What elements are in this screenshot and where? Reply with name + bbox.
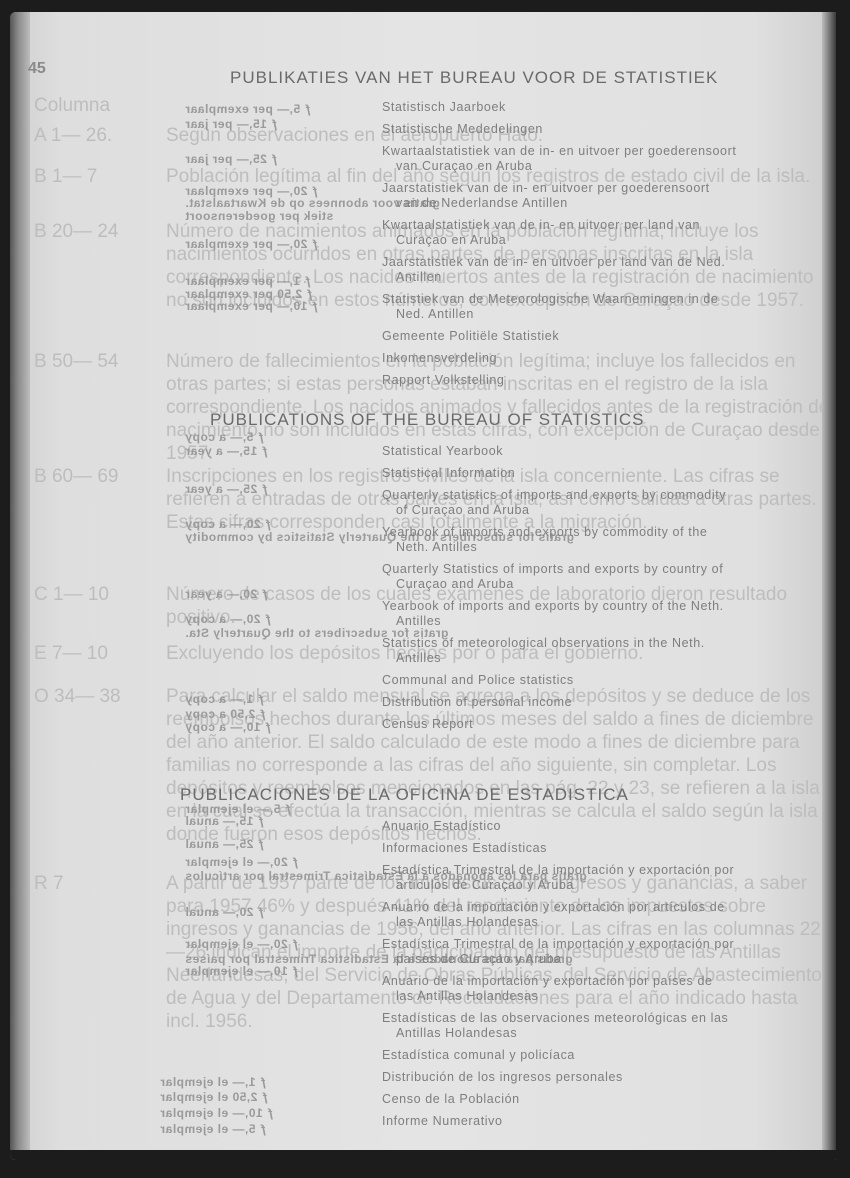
publication-name: Statistics of meteorological observation… xyxy=(382,636,705,650)
publication-name: Yearbook of imports and exports by commo… xyxy=(382,525,707,539)
publication-item: Inkomensverdeling xyxy=(382,351,497,366)
page-right-edge xyxy=(822,12,836,1160)
publication-item: Estadística comunal y policíaca xyxy=(382,1048,575,1063)
publication-item: Anuario de la importación y exportación … xyxy=(382,974,713,1004)
publication-section-title: PUBLICACIONES DE LA OFICINA DE ESTADISTI… xyxy=(180,785,629,805)
publication-name: Distribution of personal income xyxy=(382,695,572,709)
publication-item: Distribution of personal income xyxy=(382,695,572,710)
publication-item: Kwartaalstatistiek van de in- en uitvoer… xyxy=(382,218,700,248)
publication-section-title: PUBLICATIONS OF THE BUREAU OF STATISTICS xyxy=(210,410,645,430)
publication-item: Distribución de los ingresos personales xyxy=(382,1070,623,1085)
publication-name: Quarterly Statistics of imports and expo… xyxy=(382,562,723,576)
publication-item: Statistics of meteorological observation… xyxy=(382,636,705,666)
publication-item: Statistical Information xyxy=(382,466,515,481)
publication-name: Statistisch Jaarboek xyxy=(382,100,506,114)
publication-section-title: PUBLIKATIES VAN HET BUREAU VOOR DE STATI… xyxy=(230,68,718,88)
publication-item: Jaarstatistiek van de in- en uitvoer per… xyxy=(382,255,725,285)
publication-name: Yearbook of imports and exports by count… xyxy=(382,599,724,613)
publication-name: Informe Numerativo xyxy=(382,1114,503,1128)
publication-name: Censo de la Población xyxy=(382,1092,520,1106)
publication-name: Anuario de la importación y exportación … xyxy=(382,900,725,914)
publication-item: Kwartaalstatistiek van de in- en uitvoer… xyxy=(382,144,736,174)
publication-name: Estadística Trimestral de la importación… xyxy=(382,863,734,877)
scanned-page: Columna A 1— 26.Según observaciones en e… xyxy=(10,12,836,1160)
publication-name: Informaciones Estadísticas xyxy=(382,841,547,855)
publication-name: Kwartaalstatistiek van de in- en uitvoer… xyxy=(382,144,736,158)
publication-name: Jaarstatistiek van de in- en uitvoer per… xyxy=(382,181,710,195)
publication-item: Communal and Police statistics xyxy=(382,673,574,688)
publication-item: Quarterly Statistics of imports and expo… xyxy=(382,562,723,592)
publication-lists: 45 PUBLIKATIES VAN HET BUREAU VOOR DE ST… xyxy=(10,12,836,1160)
publication-name: Statistiek van de Meteorologische Waarne… xyxy=(382,292,718,306)
publication-name: Estadística Trimestral de la importación… xyxy=(382,937,734,951)
publication-name: Estadísticas de las observaciones meteor… xyxy=(382,1011,728,1025)
publication-name-continued: Ned. Antillen xyxy=(382,307,718,322)
publication-name-continued: of Curaçao and Aruba xyxy=(382,503,726,518)
publication-item: Jaarstatistiek van de in- en uitvoer per… xyxy=(382,181,710,211)
publication-name-continued: Curaçao en Aruba xyxy=(382,233,700,248)
publication-name-continued: las Antillas Holandesas xyxy=(382,915,725,930)
publication-item: Census Report xyxy=(382,717,473,732)
publication-name-continued: van de Nederlandse Antillen xyxy=(382,196,710,211)
publication-name-continued: Curaçao and Aruba xyxy=(382,577,723,592)
publication-name: Distribución de los ingresos personales xyxy=(382,1070,623,1084)
publication-item: Informaciones Estadísticas xyxy=(382,841,547,856)
publication-name-continued: artículos de Curaçao y Aruba xyxy=(382,878,734,893)
publication-name: Jaarstatistiek van de in- en uitvoer per… xyxy=(382,255,725,269)
publication-item: Rapport Volkstelling xyxy=(382,373,504,388)
page-bottom-edge xyxy=(10,1150,836,1160)
page-number: 45 xyxy=(28,60,46,78)
publication-name: Statistical Yearbook xyxy=(382,444,503,458)
publication-item: Quarterly statistics of imports and expo… xyxy=(382,488,726,518)
publication-name-continued: Neth. Antilles xyxy=(382,540,707,555)
publication-item: Informe Numerativo xyxy=(382,1114,503,1129)
publication-item: Anuario de la importación y exportación … xyxy=(382,900,725,930)
publication-item: Estadística Trimestral de la importación… xyxy=(382,937,734,967)
publication-name-continued: Antilles xyxy=(382,651,705,666)
publication-name-continued: Antilles xyxy=(382,614,724,629)
publication-name-continued: países de Curaçao y Aruba xyxy=(382,952,734,967)
publication-name-continued: van Curaçao en Aruba xyxy=(382,159,736,174)
publication-name: Quarterly statistics of imports and expo… xyxy=(382,488,726,502)
publication-name: Anuario de la importación y exportación … xyxy=(382,974,713,988)
publication-item: Yearbook of imports and exports by commo… xyxy=(382,525,707,555)
publication-name: Statistical Information xyxy=(382,466,515,480)
publication-item: Statistical Yearbook xyxy=(382,444,503,459)
publication-name: Anuario Estadístico xyxy=(382,819,501,833)
publication-item: Statistiek van de Meteorologische Waarne… xyxy=(382,292,718,322)
publication-item: Statistische Mededelingen xyxy=(382,122,543,137)
publication-name-continued: Antillas Holandesas xyxy=(382,1026,728,1041)
publication-item: Gemeente Politiële Statistiek xyxy=(382,329,559,344)
publication-name: Communal and Police statistics xyxy=(382,673,574,687)
publication-item: Anuario Estadístico xyxy=(382,819,501,834)
publication-item: Estadística Trimestral de la importación… xyxy=(382,863,734,893)
publication-name: Inkomensverdeling xyxy=(382,351,497,365)
publication-name: Rapport Volkstelling xyxy=(382,373,504,387)
publication-name-continued: las Antillas Holandesas xyxy=(382,989,713,1004)
publication-name-continued: Antillen xyxy=(382,270,725,285)
publication-item: Yearbook of imports and exports by count… xyxy=(382,599,724,629)
publication-item: Statistisch Jaarboek xyxy=(382,100,506,115)
publication-item: Censo de la Población xyxy=(382,1092,520,1107)
publication-name: Gemeente Politiële Statistiek xyxy=(382,329,559,343)
publication-name: Statistische Mededelingen xyxy=(382,122,543,136)
publication-item: Estadísticas de las observaciones meteor… xyxy=(382,1011,728,1041)
publication-name: Estadística comunal y policíaca xyxy=(382,1048,575,1062)
publication-name: Census Report xyxy=(382,717,473,731)
publication-name: Kwartaalstatistiek van de in- en uitvoer… xyxy=(382,218,700,232)
